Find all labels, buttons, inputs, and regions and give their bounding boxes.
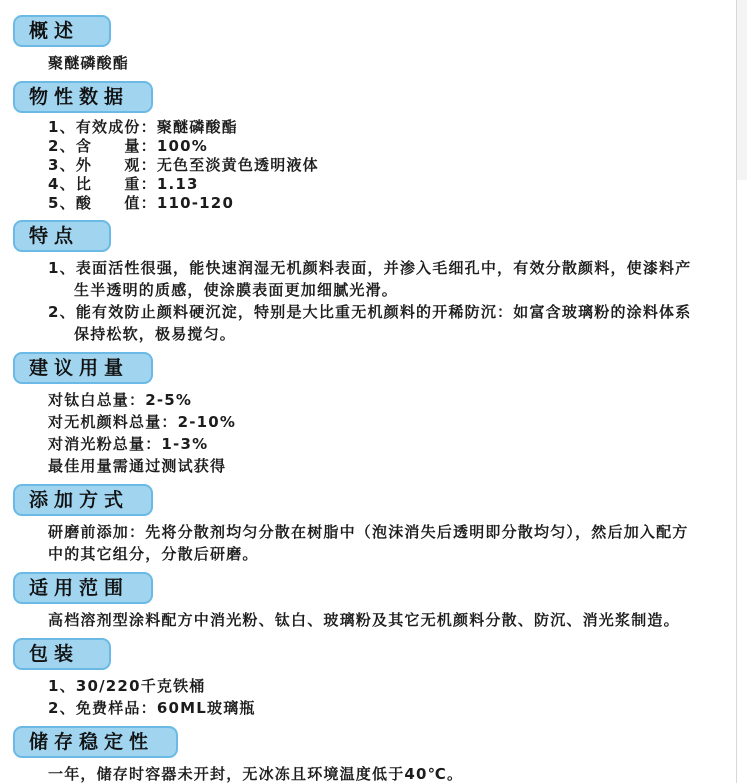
dosage-line: 最佳用量需通过测试获得 [48, 455, 703, 477]
addition-method-body: 研磨前添加：先将分散剂均匀分散在树脂中（泡沫消失后透明即分散均匀），然后加入配方… [48, 521, 703, 565]
physical-data-line: 3、外 观：无色至淡黄色透明液体 [48, 156, 703, 175]
section-header-features: 特点 [13, 220, 111, 252]
section-header-packaging: 包装 [13, 638, 111, 670]
datasheet-page: 概述 聚醚磷酸酯 物性数据 1、有效成份：聚醚磷酸酯 2、含 量：100% 3、… [0, 0, 736, 783]
feature-item: 1、表面活性很强，能快速润湿无机颜料表面，并渗入毛细孔中，有效分散颜料，使漆料产… [48, 257, 703, 301]
dosage-body: 对钛白总量：2-5% 对无机颜料总量：2-10% 对消光粉总量：1-3% 最佳用… [48, 389, 703, 477]
feature-item: 2、能有效防止颜料硬沉淀，特别是大比重无机颜料的开稀防沉：如富含玻璃粉的涂料体系… [48, 301, 703, 345]
section-header-storage-stability: 储存稳定性 [13, 726, 178, 758]
section-packaging: 包装 1、30/220千克铁桶 2、免费样品：60ML玻璃瓶 [0, 631, 736, 719]
application-scope-body: 高档溶剂型涂料配方中消光粉、钛白、玻璃粉及其它无机颜料分散、防沉、消光浆制造。 [48, 609, 703, 631]
packaging-line: 1、30/220千克铁桶 [48, 675, 703, 697]
section-header-overview: 概述 [13, 15, 111, 47]
section-header-application-scope: 适用范围 [13, 572, 153, 604]
dosage-line: 对无机颜料总量：2-10% [48, 411, 703, 433]
overview-text: 聚醚磷酸酯 [48, 52, 703, 74]
overview-body: 聚醚磷酸酯 [48, 52, 703, 74]
page-edge-strip [737, 0, 747, 180]
packaging-body: 1、30/220千克铁桶 2、免费样品：60ML玻璃瓶 [48, 675, 703, 719]
section-header-addition-method: 添加方式 [13, 484, 153, 516]
page-edge-line [736, 0, 737, 783]
storage-stability-text: 一年，储存时容器未开封，无冰冻且环境温度低于40℃。 [48, 763, 703, 783]
physical-data-line: 5、酸 值：110-120 [48, 194, 703, 213]
packaging-line: 2、免费样品：60ML玻璃瓶 [48, 697, 703, 719]
physical-data-line: 4、比 重：1.13 [48, 175, 703, 194]
physical-data-line: 1、有效成份：聚醚磷酸酯 [48, 118, 703, 137]
physical-data-line: 2、含 量：100% [48, 137, 703, 156]
section-header-dosage: 建议用量 [13, 352, 153, 384]
features-body: 1、表面活性很强，能快速润湿无机颜料表面，并渗入毛细孔中，有效分散颜料，使漆料产… [48, 257, 703, 345]
section-storage-stability: 储存稳定性 一年，储存时容器未开封，无冰冻且环境温度低于40℃。 [0, 719, 736, 783]
section-addition-method: 添加方式 研磨前添加：先将分散剂均匀分散在树脂中（泡沫消失后透明即分散均匀），然… [0, 477, 736, 565]
addition-method-text: 研磨前添加：先将分散剂均匀分散在树脂中（泡沫消失后透明即分散均匀），然后加入配方… [48, 521, 703, 565]
section-overview: 概述 聚醚磷酸酯 [0, 8, 736, 74]
application-scope-text: 高档溶剂型涂料配方中消光粉、钛白、玻璃粉及其它无机颜料分散、防沉、消光浆制造。 [48, 609, 703, 631]
physical-data-body: 1、有效成份：聚醚磷酸酯 2、含 量：100% 3、外 观：无色至淡黄色透明液体… [48, 118, 703, 213]
section-features: 特点 1、表面活性很强，能快速润湿无机颜料表面，并渗入毛细孔中，有效分散颜料，使… [0, 213, 736, 345]
section-application-scope: 适用范围 高档溶剂型涂料配方中消光粉、钛白、玻璃粉及其它无机颜料分散、防沉、消光… [0, 565, 736, 631]
section-dosage: 建议用量 对钛白总量：2-5% 对无机颜料总量：2-10% 对消光粉总量：1-3… [0, 345, 736, 477]
section-physical-data: 物性数据 1、有效成份：聚醚磷酸酯 2、含 量：100% 3、外 观：无色至淡黄… [0, 74, 736, 213]
dosage-line: 对消光粉总量：1-3% [48, 433, 703, 455]
section-header-physical-data: 物性数据 [13, 81, 153, 113]
dosage-line: 对钛白总量：2-5% [48, 389, 703, 411]
storage-stability-body: 一年，储存时容器未开封，无冰冻且环境温度低于40℃。 [48, 763, 703, 783]
